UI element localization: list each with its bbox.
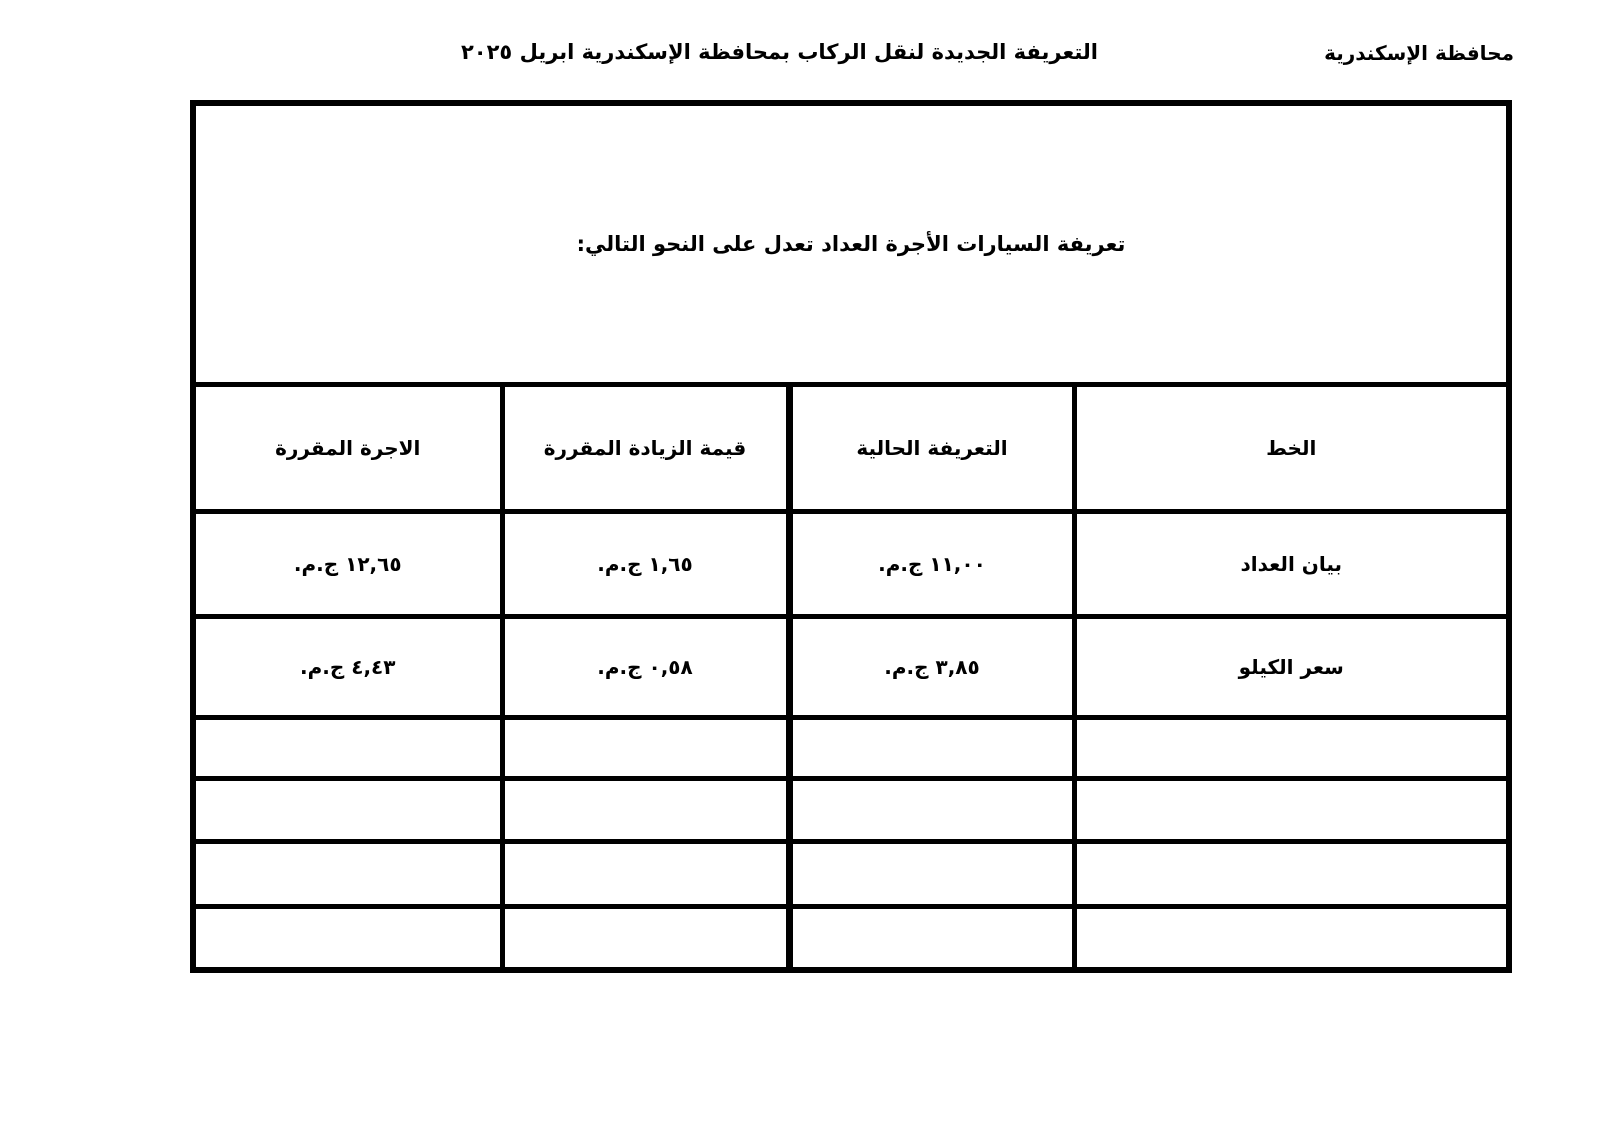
cell-increase-value [502,841,789,906]
table-intro-row: تعريفة السيارات الأجرة العداد تعدل على ا… [193,103,1509,384]
cell-approved-fare [193,717,502,778]
cell-line [1074,778,1509,841]
cell-line: بيان العداد [1074,511,1509,616]
cell-line [1074,906,1509,970]
cell-current-tariff: ٣,٨٥ ج.م. [789,616,1074,717]
table-row-empty [193,841,1509,906]
governorate-label: محافظة الإسكندرية [1324,41,1514,65]
page-title: التعريفة الجديدة لنقل الركاب بمحافظة الإ… [461,40,1098,64]
cell-current-tariff [789,906,1074,970]
column-header-increase-value: قيمة الزيادة المقررة [502,384,789,511]
cell-increase-value [502,717,789,778]
cell-line [1074,717,1509,778]
cell-current-tariff: ١١,٠٠ ج.م. [789,511,1074,616]
document-page: محافظة الإسكندرية التعريفة الجديدة لنقل … [0,0,1600,1131]
table-row-meter: بيان العداد ١١,٠٠ ج.م. ١,٦٥ ج.م. ١٢,٦٥ ج… [193,511,1509,616]
cell-approved-fare [193,778,502,841]
table-header-row: الخط التعريفة الحالية قيمة الزيادة المقر… [193,384,1509,511]
cell-approved-fare: ٤,٤٣ ج.م. [193,616,502,717]
table-row-empty [193,778,1509,841]
table-row-kilo: سعر الكيلو ٣,٨٥ ج.م. ٠,٥٨ ج.م. ٤,٤٣ ج.م. [193,616,1509,717]
tariff-table: تعريفة السيارات الأجرة العداد تعدل على ا… [190,100,1512,973]
cell-line [1074,841,1509,906]
cell-increase-value [502,778,789,841]
cell-increase-value: ٠,٥٨ ج.م. [502,616,789,717]
table-row-empty [193,717,1509,778]
cell-approved-fare [193,906,502,970]
table-row-empty [193,906,1509,970]
cell-current-tariff [789,778,1074,841]
cell-current-tariff [789,717,1074,778]
cell-increase-value [502,906,789,970]
cell-line: سعر الكيلو [1074,616,1509,717]
column-header-line: الخط [1074,384,1509,511]
cell-increase-value: ١,٦٥ ج.م. [502,511,789,616]
cell-current-tariff [789,841,1074,906]
cell-approved-fare: ١٢,٦٥ ج.م. [193,511,502,616]
column-header-approved-fare: الاجرة المقررة [193,384,502,511]
table-intro-cell: تعريفة السيارات الأجرة العداد تعدل على ا… [193,103,1509,384]
cell-approved-fare [193,841,502,906]
column-header-current-tariff: التعريفة الحالية [789,384,1074,511]
